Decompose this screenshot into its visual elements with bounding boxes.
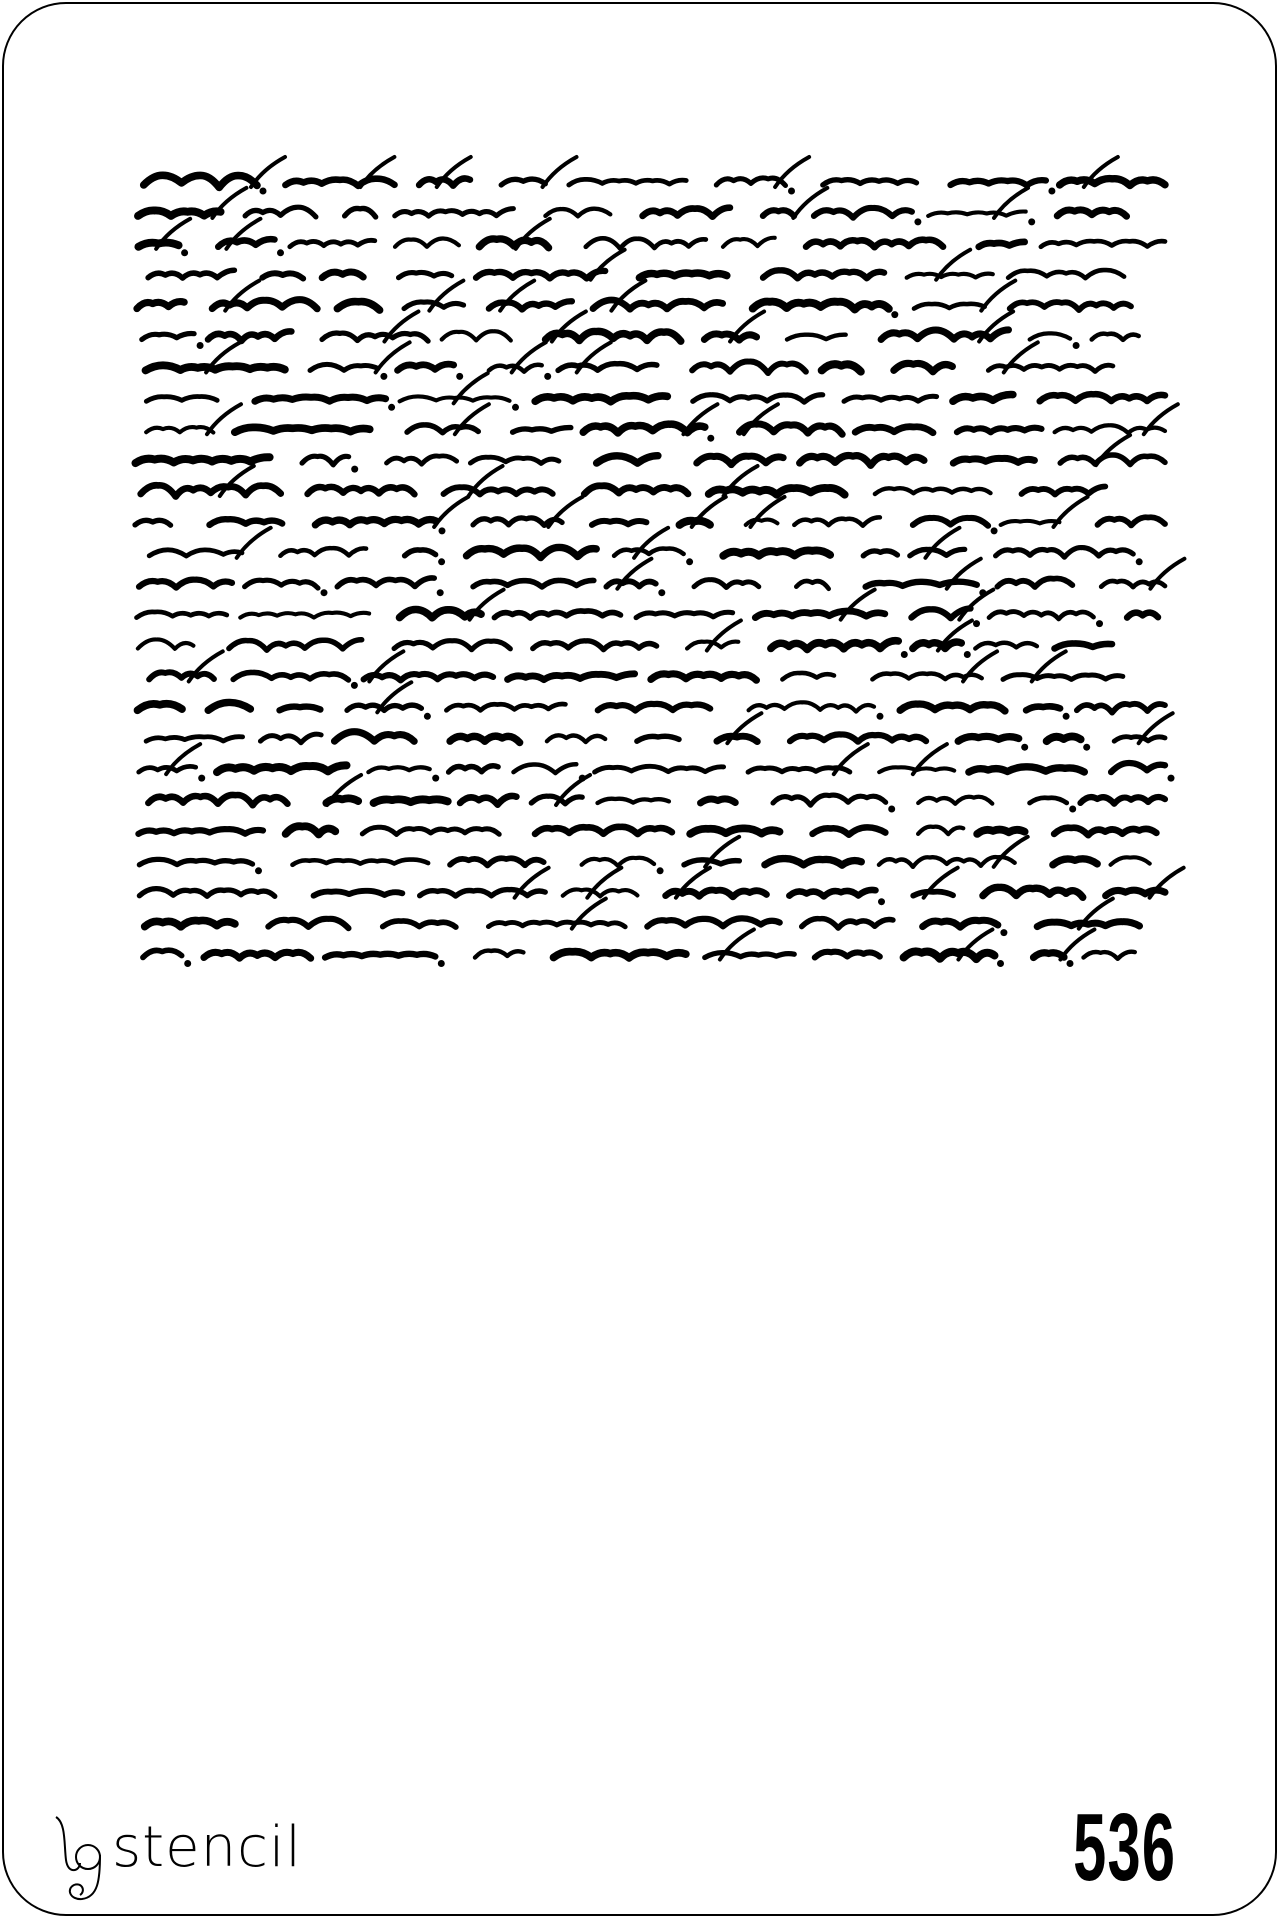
script-pattern: [0, 0, 1281, 1920]
lg-monogram-icon: [50, 1805, 110, 1905]
product-number: 536: [1073, 1800, 1176, 1896]
brand-logo: stencil: [50, 1805, 310, 1905]
brand-name: stencil: [112, 1815, 302, 1880]
